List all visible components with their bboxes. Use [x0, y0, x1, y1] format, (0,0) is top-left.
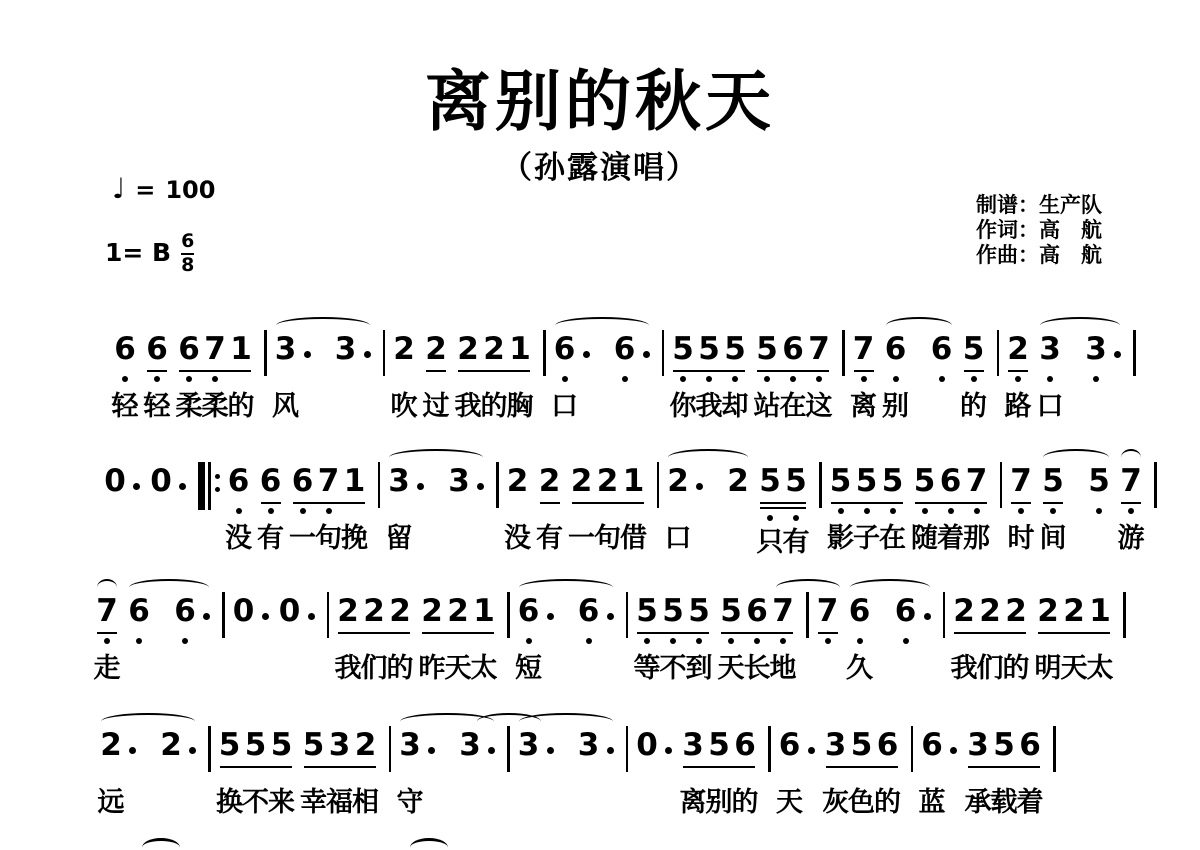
note: 6长 [745, 592, 769, 688]
note: 0 [635, 726, 673, 822]
low-octave-dot [1093, 376, 1099, 382]
low-octave-dot [586, 638, 592, 644]
lyric-char: 的 [1003, 646, 1030, 685]
barline [543, 330, 546, 376]
eighth-underline [426, 370, 446, 372]
note-group: 3离5别6的 [681, 726, 757, 822]
note-number: 6 [145, 330, 169, 368]
lyric-char: 不 [660, 646, 687, 685]
note-number: 5 [962, 330, 986, 368]
note: 6轻 [113, 330, 137, 426]
note-group: 0 [149, 462, 187, 558]
lyric-char: 天 [445, 646, 472, 685]
barline-slot [1154, 462, 1157, 508]
lyric-char: 在 [879, 516, 906, 555]
lyric-char: 灰 [822, 780, 849, 819]
augmentation-dot [364, 351, 371, 358]
note: 6久 [848, 592, 872, 688]
key-signature: 1= B68 [105, 232, 194, 276]
note-number: 5 [218, 726, 242, 764]
barline-slot [327, 592, 330, 638]
low-octave-dot [268, 508, 274, 514]
barline [842, 330, 845, 376]
note-group: 6蓝 [920, 726, 958, 822]
note-number: 5 [758, 462, 782, 500]
score: 6轻6轻6柔7柔1的3风32吹2过2我2的1胸6口65你5我5却5站6在7这7离… [95, 318, 1170, 848]
barline [1000, 462, 1003, 508]
note-group: 3灰5色6的 [824, 726, 900, 822]
low-octave-dot [104, 638, 110, 644]
augmentation-dot [262, 613, 269, 620]
note: 2我 [336, 592, 360, 688]
note-number: 6 [259, 462, 283, 500]
barline-slot [806, 592, 809, 638]
barline [222, 592, 225, 638]
note: 6 [894, 592, 932, 688]
lyric-char: 们 [977, 646, 1004, 685]
note: 5间 [1041, 462, 1065, 558]
augmentation-dot [488, 747, 495, 754]
note-group: 2吹 [392, 330, 416, 426]
note: 2过 [424, 330, 448, 426]
note-group: 5随6着7那 [913, 462, 989, 558]
note: 6的 [876, 726, 900, 822]
tempo-marking: ♩=100 [112, 172, 215, 205]
barline [626, 592, 629, 638]
note-number: 3 [387, 462, 411, 500]
lyric-char: 没 [504, 516, 531, 555]
barline-slot [842, 330, 845, 376]
low-octave-dot [939, 376, 945, 382]
augmentation-dot [696, 483, 703, 490]
note-number: 5 [829, 462, 853, 500]
lyric-char: 明 [1035, 646, 1062, 685]
note-number: 2 [726, 462, 750, 500]
note-number: 2 [392, 330, 416, 368]
augmentation-dot [129, 747, 136, 754]
note-number: 5 [661, 592, 685, 630]
note: 6柔 [177, 330, 201, 426]
note: 6在 [781, 330, 805, 426]
lyric-char: 天 [776, 780, 803, 819]
note: 2的 [1004, 592, 1028, 688]
note-number: 3 [824, 726, 848, 764]
note-number: 2 [1036, 592, 1060, 630]
lyric-char: 随 [911, 516, 938, 555]
note: 2的 [482, 330, 506, 426]
note: 6短 [517, 592, 555, 688]
note: 2昨 [420, 592, 444, 688]
lyric-char: 的 [960, 384, 987, 423]
note: 2远 [99, 726, 137, 822]
note-group: 0 [103, 462, 141, 558]
note: 7地 [771, 592, 795, 688]
lyric-char: 在 [780, 384, 807, 423]
meter-denominator: 8 [181, 256, 194, 276]
note-group: 2有 [538, 462, 562, 558]
note-number: 7 [807, 330, 831, 368]
note-number: 2 [424, 330, 448, 368]
note: 7柔 [203, 330, 227, 426]
note-number: 6 [930, 330, 954, 368]
tempo-equals: = [135, 176, 155, 204]
note-number: 0 [149, 462, 173, 500]
lyric-char: 你 [670, 384, 697, 423]
note-number: 2 [952, 592, 976, 630]
note: 2们 [362, 592, 386, 688]
note-number: 0 [635, 726, 659, 764]
sheet-music-page: 离别的秋天 （孙露演唱） ♩=100 1= B68 制谱：生产队 作词：高 航 … [0, 0, 1200, 850]
low-octave-dot [622, 376, 628, 382]
low-octave-dot [680, 376, 686, 382]
note: 1太 [1088, 592, 1112, 688]
lyric-char: 轻 [112, 384, 139, 423]
barline-slot [819, 462, 822, 508]
augmentation-dot [924, 613, 931, 620]
note-number: 1 [343, 462, 367, 500]
note-number: 3 [1038, 330, 1062, 368]
note: 0 [232, 592, 270, 688]
lyric-char: 的 [481, 384, 508, 423]
lyric-char: 们 [361, 646, 388, 685]
low-octave-dot [526, 638, 532, 644]
low-octave-dot [816, 376, 822, 382]
note-number: 2 [978, 592, 1002, 630]
note-group: 2远2 [99, 726, 197, 822]
note: 7游 [1119, 462, 1143, 558]
note-group: 66 [127, 592, 211, 688]
barline [1053, 726, 1056, 772]
low-octave-dot [670, 638, 676, 644]
note-group: 5你5我5却 [671, 330, 747, 426]
note-number: 6 [920, 726, 944, 764]
note-number: 2 [1062, 592, 1086, 630]
low-octave-dot [154, 376, 160, 382]
barline-slot [198, 462, 220, 512]
barline [662, 330, 665, 376]
eighth-underline [1008, 370, 1028, 372]
note: 1的 [229, 330, 253, 426]
note-number: 7 [1119, 462, 1143, 500]
note-group: 6短6 [517, 592, 615, 688]
note-group: 6轻 [113, 330, 137, 426]
lyric-char: 福 [326, 780, 353, 819]
low-octave-dot [728, 638, 734, 644]
barline-slot [208, 726, 211, 772]
note-number: 5 [1041, 462, 1065, 500]
augmentation-dot [428, 747, 435, 754]
barline [507, 726, 510, 772]
repeat-barline [198, 462, 220, 512]
note: 3口 [1038, 330, 1062, 426]
note-number: 5 [719, 592, 743, 630]
time-signature: 68 [181, 232, 194, 276]
note-number: 2 [336, 592, 360, 630]
note-group: 7游 [1119, 462, 1143, 558]
note-number: 5 [687, 592, 711, 630]
credit-arranger: 制谱：生产队 [976, 193, 1102, 218]
note: 5影 [829, 462, 853, 558]
note: 1挽 [343, 462, 367, 558]
note-number: 2 [99, 726, 123, 764]
lyric-char: 口 [1037, 384, 1064, 423]
note: 5在 [881, 462, 905, 558]
lyric-char: 色 [848, 780, 875, 819]
low-octave-dot [212, 376, 218, 382]
augmentation-dot [304, 351, 311, 358]
note: 2我 [952, 592, 976, 688]
lyric-char: 挽 [341, 516, 368, 555]
note: 1胸 [508, 330, 532, 426]
note-number: 6 [127, 592, 151, 630]
note-number: 5 [635, 592, 659, 630]
note-number: 2 [1004, 592, 1028, 630]
low-octave-dot [1015, 376, 1021, 382]
note: 6 [127, 592, 151, 688]
note-group: 5的 [962, 330, 986, 426]
note-number: 5 [784, 462, 808, 500]
note: 6一 [291, 462, 315, 558]
note-number: 6 [1018, 726, 1042, 764]
note: 2一 [570, 462, 594, 558]
barline [657, 462, 660, 508]
low-octave-dot [1050, 508, 1056, 514]
note-number: 2 [362, 592, 386, 630]
augmentation-dot [808, 747, 815, 754]
note-number: 6 [778, 726, 802, 764]
lyric-char: 走 [94, 646, 121, 685]
note: 5你 [671, 330, 695, 426]
note-number: 5 [755, 330, 779, 368]
repeat-thick-bar [198, 462, 205, 510]
lyric-char: 载 [991, 780, 1018, 819]
note-group: 0 [278, 592, 316, 688]
note-group: 2口2 [666, 462, 750, 558]
note: 1太 [472, 592, 496, 688]
score-line: 6轻6轻6柔7柔1的3风32吹2过2我2的1胸6口65你5我5却5站6在7这7离… [113, 330, 1143, 426]
augmentation-dot [477, 483, 484, 490]
note: 5随 [913, 462, 937, 558]
note-group: 2一2句1借 [570, 462, 646, 558]
note: 7走 [95, 592, 119, 688]
lyric-char: 柔 [202, 384, 229, 423]
lyric-char: 有 [257, 516, 284, 555]
note-group: 2路 [1006, 330, 1030, 426]
note: 6没 [227, 462, 251, 558]
note-number: 5 [855, 462, 879, 500]
note: 6着 [1018, 726, 1042, 822]
note: 7离 [852, 330, 876, 426]
lyric-char: 着 [1017, 780, 1044, 819]
lyric-char: 离 [850, 384, 877, 423]
note: 6 [577, 592, 615, 688]
lyric-char: 句 [315, 516, 342, 555]
lyric-char: 地 [770, 646, 797, 685]
note-group: 7 [816, 592, 840, 688]
low-octave-dot [861, 376, 867, 382]
low-octave-dot [326, 508, 332, 514]
augmentation-dot [547, 747, 554, 754]
note: 5到 [687, 592, 711, 688]
note: 5换 [218, 726, 242, 822]
augmentation-dot [607, 613, 614, 620]
note-number: 5 [850, 726, 874, 764]
barline-slot [507, 726, 510, 772]
note-number: 5 [244, 726, 268, 764]
credit-composer: 作曲：高 航 [976, 243, 1102, 268]
eighth-underline [261, 502, 281, 504]
lyric-char: 间 [1040, 516, 1067, 555]
note: 7这 [807, 330, 831, 426]
note-number: 6 [745, 592, 769, 630]
note-group: 6柔7柔1的 [177, 330, 253, 426]
lyric-char: 轻 [144, 384, 171, 423]
note: 2有 [538, 462, 562, 558]
barline [389, 726, 392, 772]
augmentation-dot [308, 613, 315, 620]
note-number: 6 [553, 330, 577, 368]
eighth-underline [97, 632, 117, 634]
note: 6 [173, 592, 211, 688]
low-octave-dot [825, 638, 831, 644]
eighth-underline [540, 502, 560, 504]
note: 3离 [681, 726, 705, 822]
lyric-char: 时 [1008, 516, 1035, 555]
lyric-char: 有 [536, 516, 563, 555]
lyric-char: 我 [455, 384, 482, 423]
eighth-underline [1011, 502, 1031, 504]
barline-slot [997, 330, 1000, 376]
lyric-char: 一 [289, 516, 316, 555]
note-group: 6轻 [145, 330, 169, 426]
note: 6有 [259, 462, 283, 558]
note: 3 [1084, 330, 1122, 426]
note-number: 7 [816, 592, 840, 630]
augmentation-dot [417, 483, 424, 490]
barline [1154, 462, 1157, 508]
tempo-bpm: 100 [165, 176, 215, 204]
barline [819, 462, 822, 508]
note-group: 5影5子5在 [829, 462, 905, 558]
note-number: 6 [173, 592, 197, 630]
barline-slot [378, 462, 381, 508]
note-number: 5 [1087, 462, 1111, 500]
lyric-char: 借 [620, 516, 647, 555]
barline-slot [768, 726, 771, 772]
lyric-char: 柔 [176, 384, 203, 423]
lyric-char: 有 [783, 520, 810, 559]
low-octave-dot [182, 638, 188, 644]
note-group: 3风3 [274, 330, 372, 426]
note-group: 5站6在7这 [755, 330, 831, 426]
low-octave-dot [857, 638, 863, 644]
note: 2路 [1006, 330, 1030, 426]
note: 6着 [939, 462, 963, 558]
note: 2我 [456, 330, 480, 426]
note-number: 3 [328, 726, 352, 764]
lyric-char: 来 [268, 780, 295, 819]
note: 6天 [778, 726, 816, 822]
low-octave-dot [764, 376, 770, 382]
note-number: 0 [278, 592, 302, 630]
low-octave-dot [790, 376, 796, 382]
low-octave-dot [948, 508, 954, 514]
lyric-char: 口 [665, 516, 692, 555]
note: 5别 [707, 726, 731, 822]
note: 5子 [855, 462, 879, 558]
note-number: 1 [508, 330, 532, 368]
lyric-char: 路 [1005, 384, 1032, 423]
note-number: 3 [577, 726, 601, 764]
note: 2相 [354, 726, 378, 822]
note-group: 33 [517, 726, 615, 822]
augmentation-dot [950, 747, 957, 754]
low-octave-dot [1047, 376, 1053, 382]
note-group: 6有 [259, 462, 283, 558]
note: 5不 [244, 726, 268, 822]
barline [208, 726, 211, 772]
lyric-char: 我 [696, 384, 723, 423]
eighth-underline [964, 370, 984, 372]
barline-slot [1053, 726, 1056, 772]
barline-slot [1123, 592, 1126, 638]
note-group: 2我2们2的 [336, 592, 412, 688]
note-group: 3口3 [1038, 330, 1122, 426]
note: 5我 [697, 330, 721, 426]
note-number: 7 [852, 330, 876, 368]
note-number: 1 [472, 592, 496, 630]
barline-slot [943, 592, 946, 638]
lyric-char: 游 [1118, 516, 1145, 555]
note: 3守 [398, 726, 436, 822]
eighth-underline [1043, 502, 1063, 504]
lyric-char: 只 [757, 520, 784, 559]
note: 7时 [1009, 462, 1033, 558]
note-group: 6一7句1挽 [291, 462, 367, 558]
low-octave-dot [903, 638, 909, 644]
note: 0 [149, 462, 187, 558]
note-group: 6没 [227, 462, 251, 558]
barline [997, 330, 1000, 376]
note: 5不 [661, 592, 685, 688]
augmentation-dot [179, 483, 186, 490]
eighth-underline [1121, 502, 1141, 504]
lyric-char: 我 [335, 646, 362, 685]
barline-slot [222, 592, 225, 638]
note: 6 [613, 330, 651, 426]
note-group: 3守3 [398, 726, 496, 822]
barline-slot [496, 462, 499, 508]
note-number: 2 [666, 462, 690, 500]
lyric-char: 的 [874, 780, 901, 819]
note: 0 [103, 462, 141, 558]
barline [378, 462, 381, 508]
lyric-char: 守 [397, 780, 424, 819]
barline [1123, 592, 1126, 638]
barline [264, 330, 267, 376]
barline [911, 726, 914, 772]
note-number: 5 [723, 330, 747, 368]
note: 2 [726, 462, 750, 558]
note: 2明 [1036, 592, 1060, 688]
note-number: 6 [177, 330, 201, 368]
lyric-char: 不 [242, 780, 269, 819]
lyric-char: 久 [846, 646, 873, 685]
lyric-char: 幸 [300, 780, 327, 819]
note-number: 7 [95, 592, 119, 630]
note-group: 0 [232, 592, 270, 688]
eighth-underline [854, 370, 874, 372]
